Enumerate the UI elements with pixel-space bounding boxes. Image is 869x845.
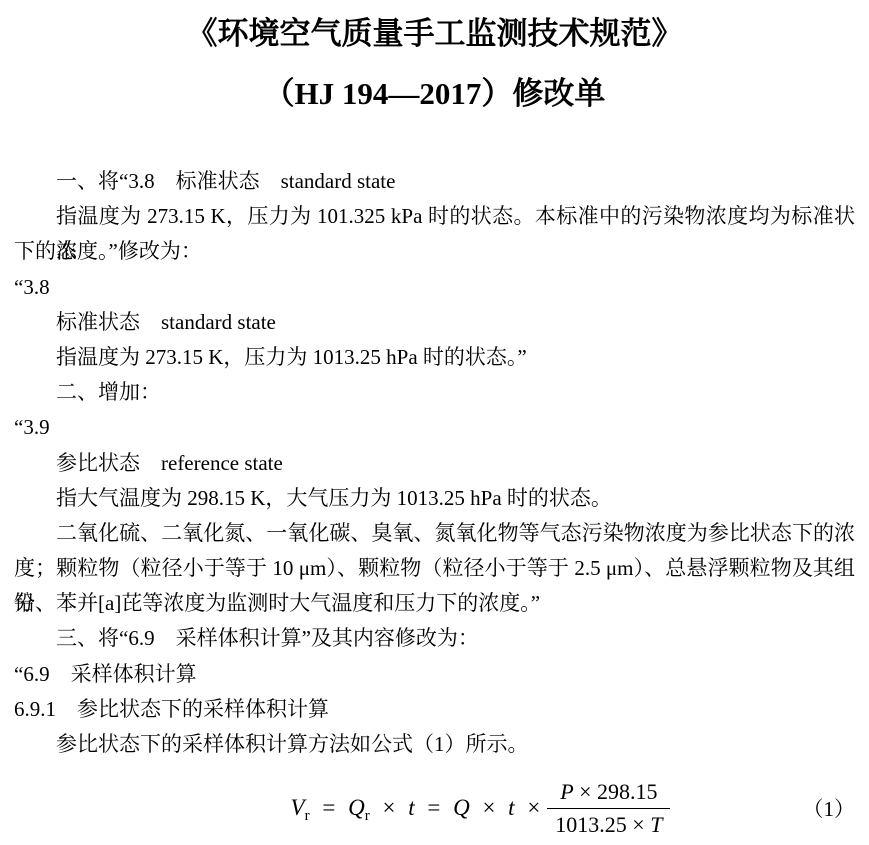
body-line: 下的浓度。”修改为： — [14, 234, 855, 269]
equation-1: Vr = Qr × t = Q × t × P × 298.15 1013.25… — [291, 779, 671, 838]
body-line: 二氧化硫、二氧化氮、一氧化碳、臭氧、氮氧化物等气态污染物浓度为参比状态下的浓 — [14, 516, 855, 551]
document-title-line1: 《环境空气质量手工监测技术规范》 — [14, 14, 855, 54]
body-line: 指大气温度为 298.15 K，大气压力为 1013.25 hPa 时的状态。 — [14, 481, 855, 516]
body-line: 参比状态 reference state — [14, 446, 855, 481]
body-line: 一、将“3.8 标准状态 standard state — [14, 164, 855, 199]
fraction-numerator: P × 298.15 — [547, 779, 670, 809]
equation-number: （1） — [803, 793, 856, 823]
body-line: 6.9.1 参比状态下的采样体积计算 — [14, 692, 855, 727]
body-line: 指温度为 273.15 K，压力为 101.325 kPa 时的状态。本标准中的… — [14, 199, 855, 234]
body-line: “6.9 采样体积计算 — [14, 657, 855, 692]
document-page: 《环境空气质量手工监测技术规范》 （HJ 194—2017）修改单 一、将“3.… — [0, 0, 869, 845]
document-body: 一、将“3.8 标准状态 standard state 指温度为 273.15 … — [14, 164, 855, 844]
body-line: “3.8 — [14, 270, 855, 305]
body-line: 三、将“6.9 采样体积计算”及其内容修改为： — [14, 621, 855, 656]
body-line: 标准状态 standard state — [14, 305, 855, 340]
fraction-denominator: 1013.25 × T — [547, 809, 670, 838]
body-line: 参比状态下的采样体积计算方法如公式（1）所示。 — [14, 727, 855, 762]
document-title-line2: （HJ 194—2017）修改单 — [14, 74, 855, 114]
body-line: 度；颗粒物（粒径小于等于 10 μm）、颗粒物（粒径小于等于 2.5 μm）、总… — [14, 551, 855, 586]
body-line: 指温度为 273.15 K，压力为 1013.25 hPa 时的状态。” — [14, 340, 855, 375]
body-line: “3.9 — [14, 410, 855, 445]
body-line: 二、增加： — [14, 375, 855, 410]
equation-fraction: P × 298.15 1013.25 × T — [547, 779, 670, 838]
equation-row: Vr = Qr × t = Q × t × P × 298.15 1013.25… — [14, 772, 855, 844]
body-line: 铅、苯并[a]芘等浓度为监测时大气温度和压力下的浓度。” — [14, 586, 855, 621]
equation-lhs: Vr = Qr × t = Q × t × — [291, 795, 548, 821]
